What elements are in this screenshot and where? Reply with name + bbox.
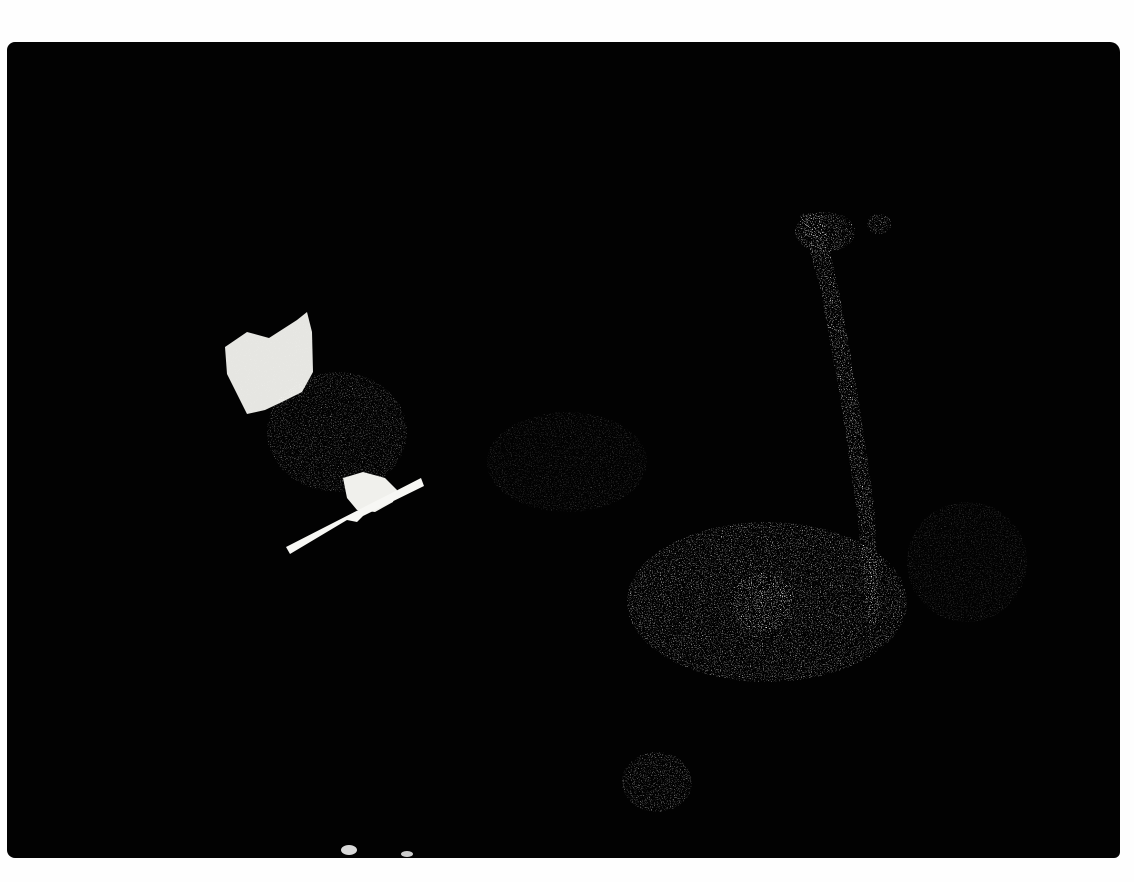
speckle-cluster [487,412,1027,812]
bottom-specks [341,845,413,857]
torso-speckle [267,372,407,492]
photograph [7,42,1120,858]
page-background: High-contrast dark black-and-white photo… [0,0,1134,882]
photo-content [7,42,1120,858]
